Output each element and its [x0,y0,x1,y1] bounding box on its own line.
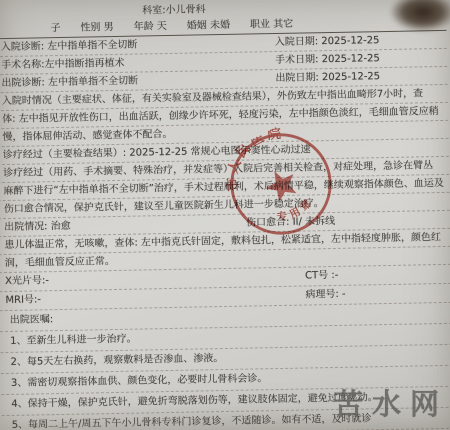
discharge-diagnosis-text: 出院诊断: 左中指单指不全切断 [1,76,138,90]
watermark: 苦水网 [334,382,448,423]
pathology-number-text: 病理号: - [305,286,345,305]
line-text: 2、每5天左右换药，观察敷料是否渗血、渗液。 [11,353,224,368]
line-text: 伤口愈合情况，保护克氏针，建议至儿童医院新生儿科进一步稳定治疗。 [4,198,324,215]
department-text: 科室:小儿骨科 [142,4,206,16]
line-text: 4、保持干燥，保护克氏针，避免折弯脱落划伤等，建议肢体固定，避免过度晃动。 [11,392,378,410]
line-text: 1、至新生儿科进一步治疗。 [10,334,137,347]
line-text: 润，毛细血管反应正常。 [5,256,115,269]
line-text: 5、每周二上午/周五下午小儿骨科专科门诊复诊，不适随诊。如有不适，及时就诊 [12,413,372,430]
line-text: 出院医嘱: [10,314,54,326]
line-text: 慢，指体屈伸活动、感觉查体不配合。 [2,129,172,143]
patient-info-text: 子 性别 男 年龄 天 婚姻 未婚 职业 其它 [50,19,293,34]
discharge-date-text: 出院日期: 2025-12-25 [275,68,380,87]
ct-number-text: CT号 :- [305,267,339,286]
line-text: 3、需密切观察指体血供、颜色变化，必要时儿骨科会诊。 [11,373,268,389]
line-text: 诊疗经过（主要检查结果）: 2025-12-25 常规心电图示窦性心动过速 [3,144,311,161]
photo-corner-shadow [380,0,450,38]
mri-number-text: MRI号:- [5,294,41,306]
discharge-status-text: 出院情况: 治愈 [4,221,71,233]
surgery-date-text: 手术日期: 2025-12-25 [275,50,380,69]
surgery-name-text: 手术名称:左中指断指再植术 [1,58,125,71]
document-sheet: 科室:小儿骨科 子 性别 男 年龄 天 婚姻 未婚 职业 其它 入院诊断: 左中… [0,0,450,430]
xray-number-text: X光片号:- [5,275,49,287]
wound-healing-text: 伤口愈合: II/ 未拆线 [246,213,335,232]
discharge-record-photo: 科室:小儿骨科 子 性别 男 年龄 天 婚姻 未婚 职业 其它 入院诊断: 左中… [0,0,450,430]
admission-diagnosis-text: 入院诊断: 左中指单指不全切断 [1,40,138,54]
admission-date-text: 入院日期: 2025-12-25 [275,32,380,51]
